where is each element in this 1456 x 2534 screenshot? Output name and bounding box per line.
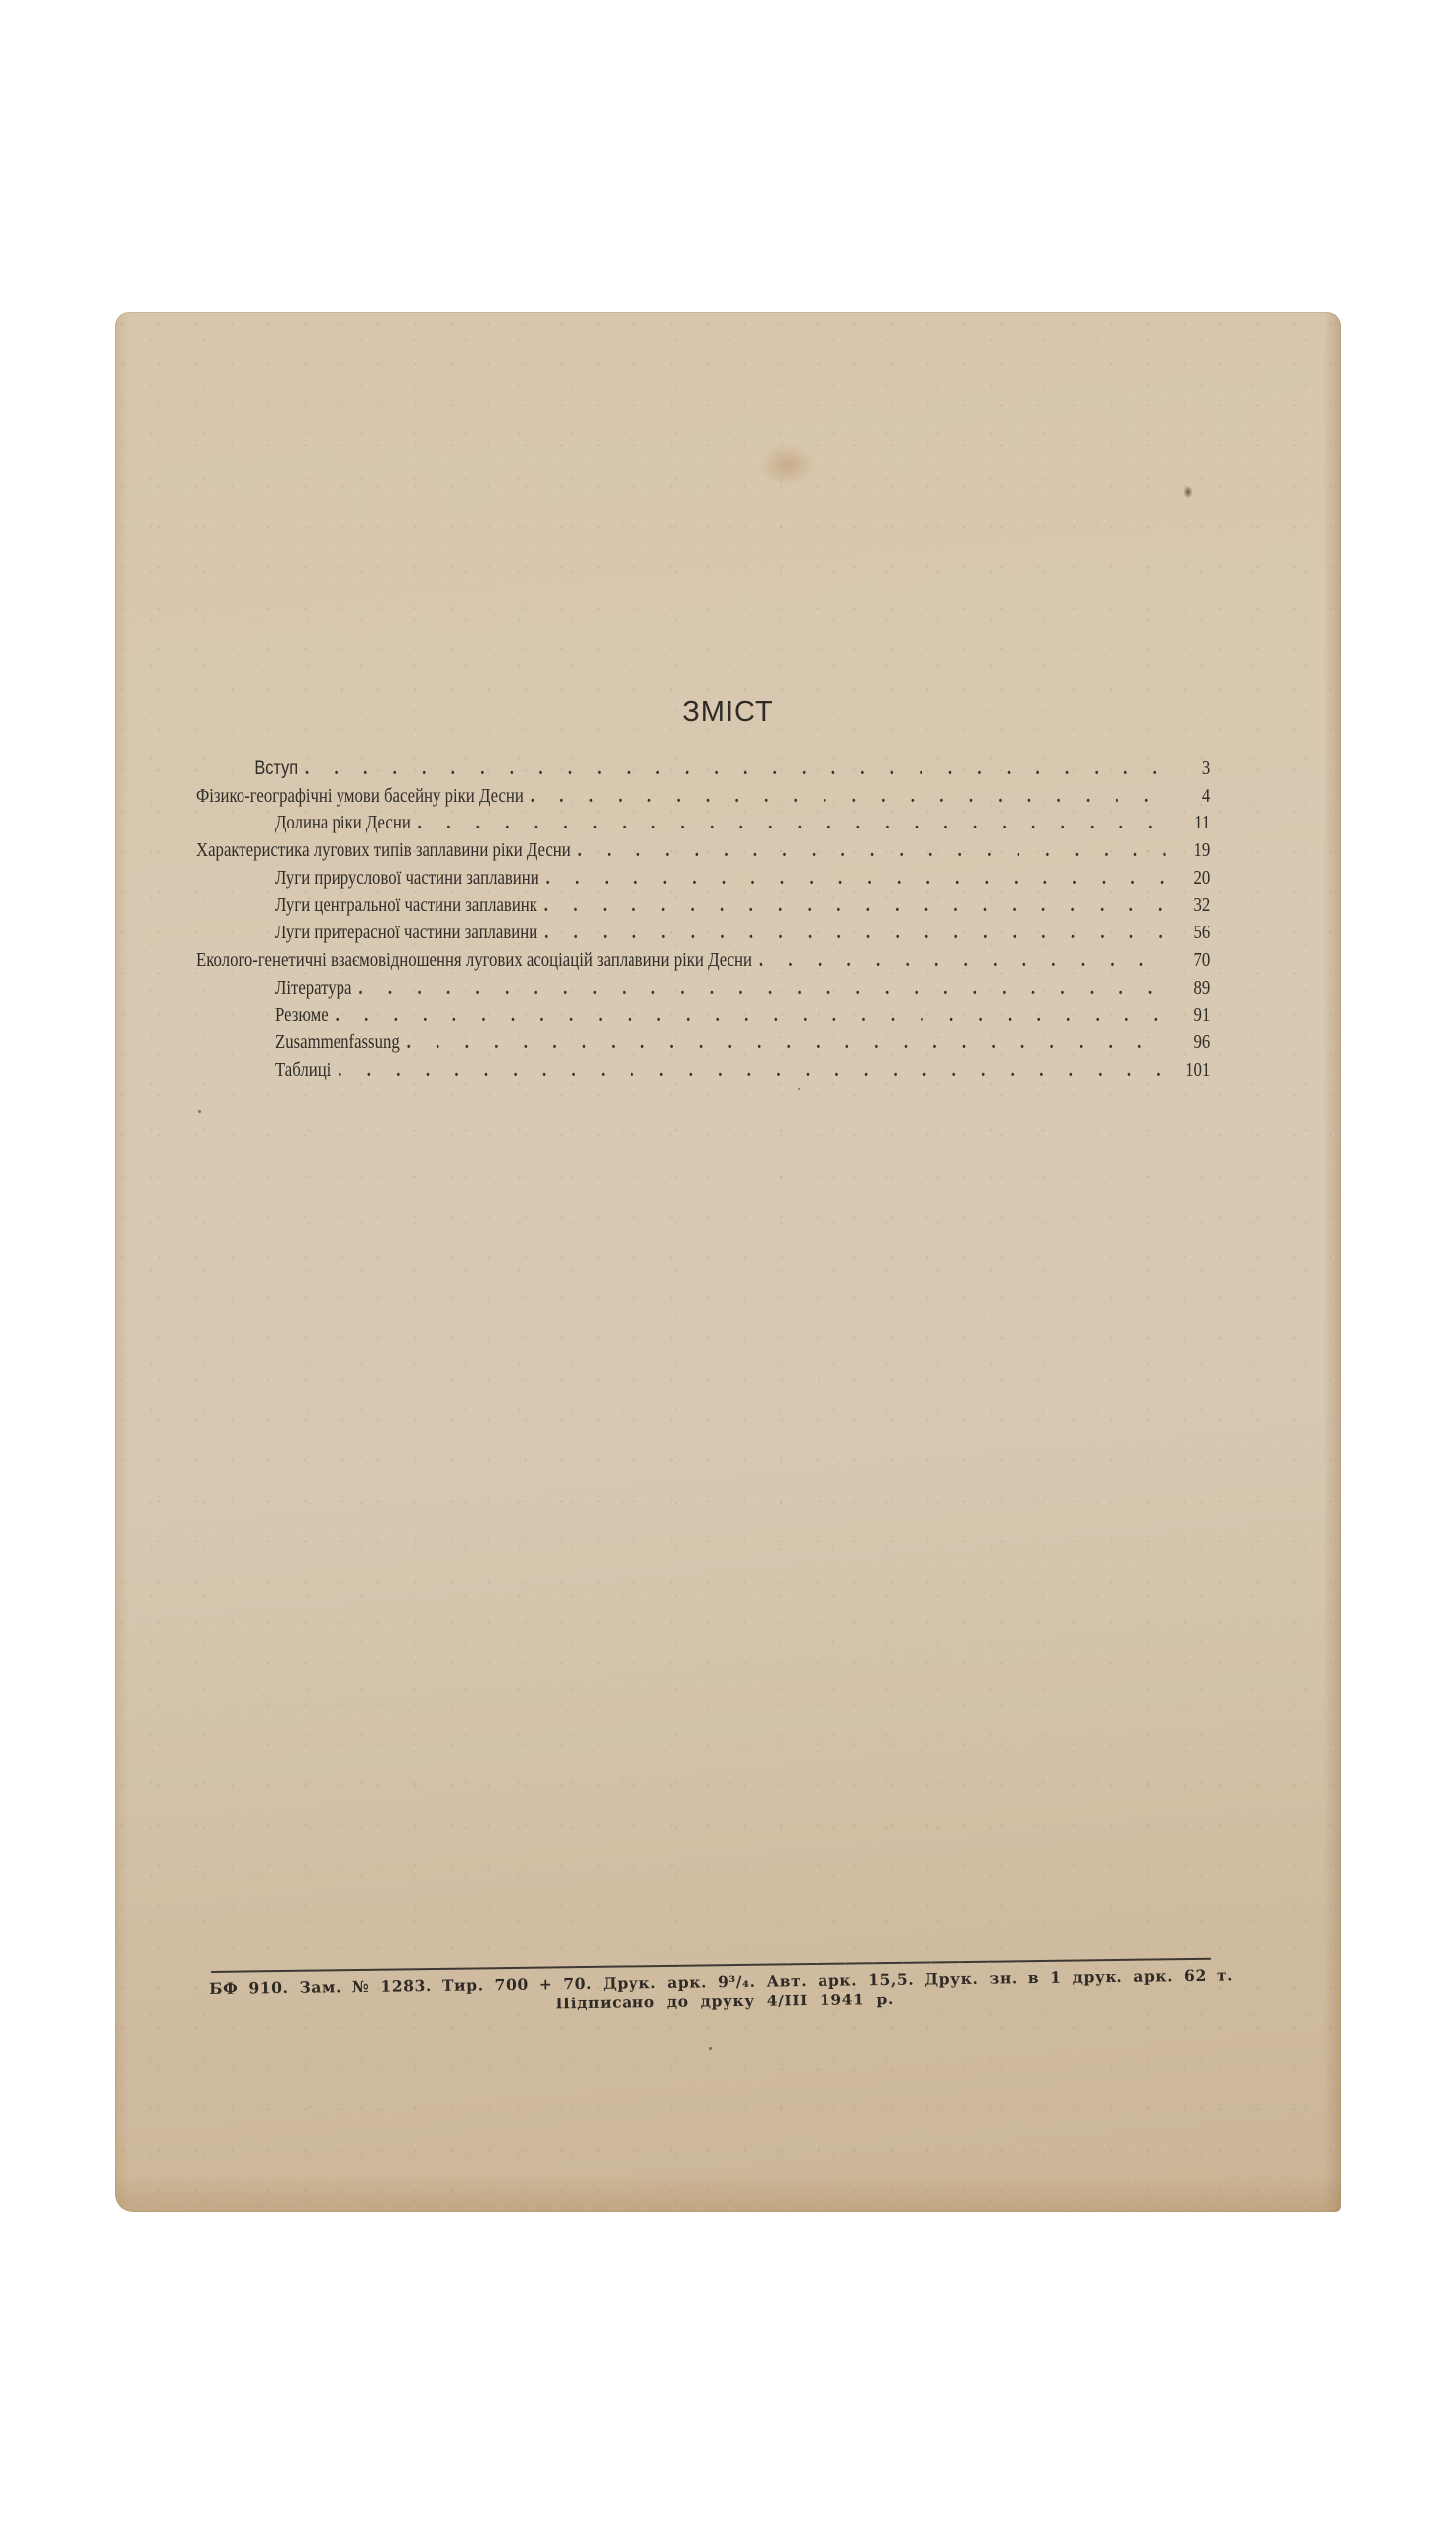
page-title: ЗМІСТ <box>115 696 1341 729</box>
toc-entry-page: 91 <box>1166 1002 1211 1029</box>
dot-leader: . . . . . . . . . . . . . . . . . . . . … <box>759 947 1166 975</box>
dot-leader: . . . . . . . . . . . . . . . . . . . . … <box>358 975 1165 1003</box>
paper-speck <box>709 2047 712 2050</box>
printing-imprint: БФ 910. Зам. № 1283. Тир. 700 + 70. Друк… <box>209 1958 1214 2017</box>
toc-entry-label: Луги притерасної частини заплавини <box>196 920 544 947</box>
paper-speck <box>798 1088 800 1090</box>
toc-entry-label: Резюме <box>196 1002 336 1029</box>
toc-entry: Резюме . . . . . . . . . . . . . . . . .… <box>196 1002 1210 1029</box>
table-of-contents: Вступ . . . . . . . . . . . . . . . . . … <box>196 755 1069 1084</box>
dot-leader: . . . . . . . . . . . . . . . . . . . . … <box>407 1029 1166 1057</box>
toc-entry-label: Вступ <box>196 755 305 783</box>
toc-entry-page: 96 <box>1166 1029 1211 1057</box>
dot-leader: . . . . . . . . . . . . . . . . . . . . … <box>338 1057 1165 1085</box>
toc-entry: Таблиці . . . . . . . . . . . . . . . . … <box>196 1057 1210 1085</box>
dot-leader: . . . . . . . . . . . . . . . . . . . . … <box>418 810 1166 837</box>
toc-entry: Долина ріки Десни . . . . . . . . . . . … <box>196 810 1210 837</box>
paper-speck <box>198 1110 201 1113</box>
book-page: ЗМІСТ Вступ . . . . . . . . . . . . . . … <box>115 312 1341 2212</box>
toc-entry-label: Література <box>196 975 358 1003</box>
toc-entry-label: Долина ріки Десни <box>196 810 418 837</box>
toc-entry-page: 11 <box>1166 810 1211 837</box>
toc-entry-page: 101 <box>1166 1057 1211 1085</box>
toc-entry: Луги центральної частини заплавинк . . .… <box>196 892 1210 920</box>
dot-leader: . . . . . . . . . . . . . . . . . . . . … <box>546 865 1166 893</box>
toc-entry-label: Фізико-географічні умови басейну ріки Де… <box>196 783 531 811</box>
dot-leader: . . . . . . . . . . . . . . . . . . . . … <box>305 755 1166 783</box>
toc-entry-label: Таблиці <box>196 1057 338 1085</box>
toc-entry-label: Луги центральної частини заплавинк <box>196 892 544 920</box>
toc-entry-label: Zusammenfassung <box>196 1029 407 1057</box>
toc-entry-label: Еколого-генетичні взаємовідношення лугов… <box>196 947 759 975</box>
toc-entry-label: Характеристика лугових типів заплавини р… <box>196 837 578 865</box>
toc-entry-page: 56 <box>1166 920 1211 947</box>
toc-entry: Література . . . . . . . . . . . . . . .… <box>196 975 1210 1003</box>
toc-entry: Луги притерасної частини заплавини . . .… <box>196 920 1210 947</box>
toc-entry-label: Луги прируслової частини заплавини <box>196 865 546 893</box>
dot-leader: . . . . . . . . . . . . . . . . . . . . … <box>544 920 1165 947</box>
toc-entry: Луги прируслової частини заплавини . . .… <box>196 865 1210 893</box>
toc-entry-page: 32 <box>1166 892 1211 920</box>
toc-entry: Характеристика лугових типів заплавини р… <box>196 837 1210 865</box>
dot-leader: . . . . . . . . . . . . . . . . . . . . … <box>544 892 1166 920</box>
dot-leader: . . . . . . . . . . . . . . . . . . . . … <box>531 783 1166 811</box>
toc-entry-page: 3 <box>1166 755 1211 783</box>
toc-entry: Еколого-генетичні взаємовідношення лугов… <box>196 947 1210 975</box>
dot-leader: . . . . . . . . . . . . . . . . . . . . … <box>578 837 1166 865</box>
toc-entry-page: 89 <box>1166 975 1211 1003</box>
toc-entry-page: 70 <box>1166 947 1211 975</box>
toc-entry-page: 20 <box>1166 865 1211 893</box>
toc-entry: Вступ . . . . . . . . . . . . . . . . . … <box>196 755 1210 783</box>
toc-entry-page: 4 <box>1166 783 1211 811</box>
toc-entry-page: 19 <box>1166 837 1211 865</box>
toc-entry: Фізико-географічні умови басейну ріки Де… <box>196 783 1210 811</box>
toc-entry: Zusammenfassung . . . . . . . . . . . . … <box>196 1029 1210 1057</box>
dot-leader: . . . . . . . . . . . . . . . . . . . . … <box>336 1002 1166 1029</box>
